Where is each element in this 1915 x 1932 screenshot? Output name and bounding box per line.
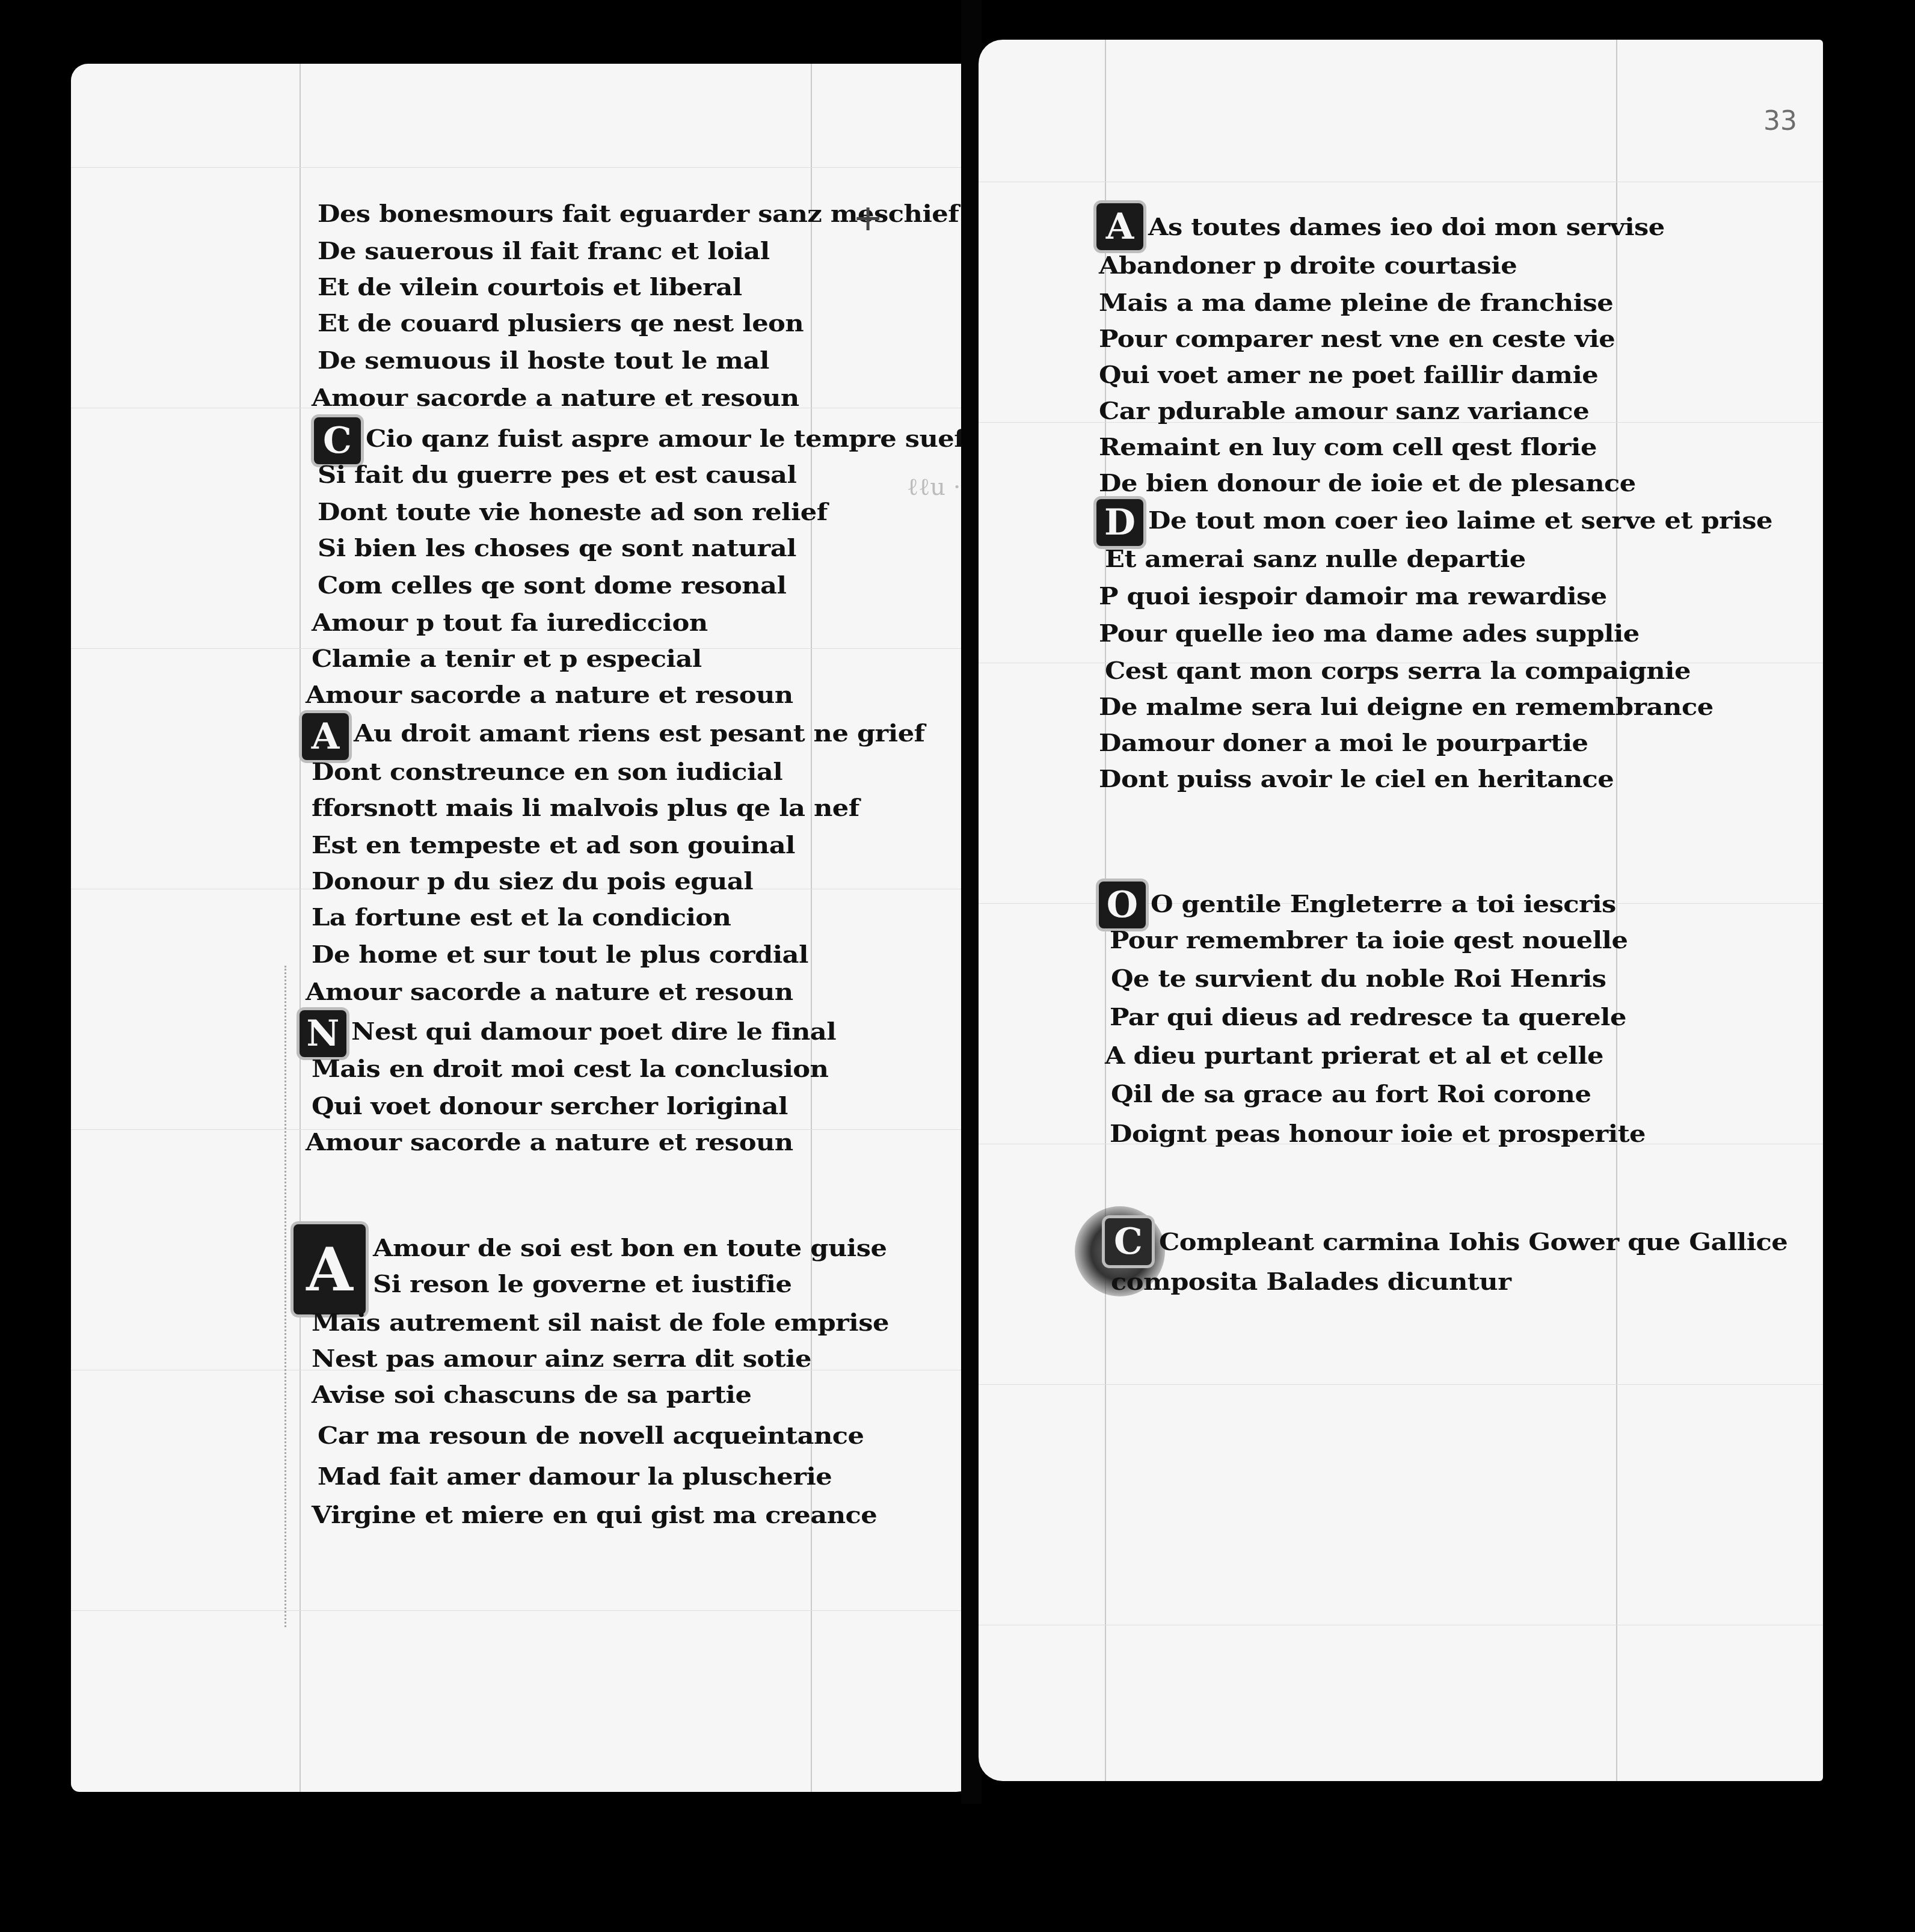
verse-line: De semuous il hoste tout le mal	[318, 349, 769, 373]
folio-number: 33	[1763, 106, 1797, 136]
verse-line: Car pdurable amour sanz variance	[1099, 399, 1589, 423]
verse-line: Mad fait amer damour la pluscherie	[318, 1465, 832, 1489]
verse-line: De tout mon coer ieo laime et serve et p…	[1148, 509, 1772, 533]
verse-line: Remaint en luy com cell qest florie	[1099, 435, 1597, 459]
ruling-line	[979, 182, 1823, 182]
verse-line: Si reson le governe et iustifie	[373, 1272, 792, 1296]
verse-line: As toutes dames ieo doi mon servise	[1148, 215, 1665, 239]
decorated-initial: D	[1096, 499, 1143, 546]
verse-refrain: Amour sacorde a nature et resoun	[306, 980, 793, 1004]
decorated-initial-large: A	[294, 1224, 366, 1314]
verse-line: Et amerai sanz nulle departie	[1105, 547, 1526, 571]
verse-line: Dont toute vie honeste ad son relief	[318, 500, 828, 524]
decorated-initial: N	[300, 1010, 346, 1057]
verse-line: Doignt peas honour ioie et prosperite	[1110, 1122, 1646, 1146]
verse-refrain: Amour sacorde a nature et resoun	[312, 386, 799, 410]
verse-line: Si bien les choses qe sont natural	[318, 536, 796, 560]
ruling-line	[71, 1610, 980, 1611]
verse-line: Donour p du siez du pois egual	[312, 869, 753, 894]
decorated-initial: A	[302, 713, 349, 760]
verse-line: Cio qanz fuist aspre amour le tempre sue…	[366, 427, 965, 451]
verse-refrain: Amour sacorde a nature et resoun	[306, 683, 793, 707]
verse-line: De home et sur tout le plus cordial	[312, 943, 808, 967]
verse-line: Et de couard plusiers qe nest leon	[318, 311, 804, 336]
verse-line: Mais autrement sil naist de fole emprise	[312, 1311, 889, 1335]
verse-line: Et de vilein courtois et liberal	[318, 275, 742, 299]
verse-line: Nest pas amour ainz serra dit sotie	[312, 1347, 811, 1371]
verse-line: Virgine et miere en qui gist ma creance	[312, 1503, 877, 1527]
ruling-line	[979, 1625, 1823, 1625]
verse-line: Qui voet donour sercher loriginal	[312, 1094, 788, 1118]
decorated-initial: C	[314, 417, 361, 464]
decorated-initial: C	[1105, 1218, 1152, 1265]
verse-line: Qui voet amer ne poet faillir damie	[1099, 363, 1598, 387]
verse-line: Qe te survient du noble Roi Henris	[1111, 967, 1606, 991]
verse-line: Qil de sa grace au fort Roi corone	[1111, 1082, 1591, 1106]
verse-line: Clamie a tenir et p especial	[312, 647, 702, 671]
ruling-line	[71, 167, 980, 168]
verse-line: fforsnott mais li malvois plus qe la nef	[312, 796, 859, 820]
verse-line: Mais en droit moi cest la conclusion	[312, 1057, 828, 1081]
verse-line: Amour de soi est bon en toute guise	[373, 1236, 887, 1260]
verse-line: Est en tempeste et ad son gouinal	[312, 833, 795, 857]
verse-line: La fortune est et la condicion	[312, 906, 731, 930]
verse-line: Pour quelle ieo ma dame ades supplie	[1099, 622, 1640, 646]
verse-line: Pour remembrer ta ioie qest nouelle	[1110, 928, 1628, 952]
decorated-initial: O	[1099, 882, 1146, 928]
verse-line: Cest qant mon corps serra la compaignie	[1105, 659, 1691, 683]
left-page: ℓℓu · Des bonesmours fait eguarder sanz …	[71, 64, 980, 1792]
verse-refrain: Amour sacorde a nature et resoun	[306, 1130, 793, 1155]
colophon-line: composita Balades dicuntur	[1111, 1270, 1511, 1294]
verse-line: Damour doner a moi le pourpartie	[1099, 731, 1588, 755]
right-margin-ruling	[811, 64, 812, 1792]
verse-line: Avise soi chascuns de sa partie	[312, 1383, 751, 1407]
verse-line: De sauerous il fait franc et loial	[318, 239, 770, 263]
verse-line: Dont constreunce en son iudicial	[312, 760, 782, 784]
verse-line: Pour comparer nest vne en ceste vie	[1099, 327, 1615, 351]
verse-line: Com celles qe sont dome resonal	[318, 574, 786, 598]
left-margin-ruling	[300, 64, 301, 1792]
verse-line: P quoi iespoir damoir ma rewardise	[1099, 584, 1607, 609]
right-margin-ruling	[1616, 40, 1617, 1781]
verse-line: De bien donour de ioie et de plesance	[1099, 471, 1636, 495]
verse-line: Si fait du guerre pes et est causal	[318, 463, 796, 487]
decorated-initial: A	[1096, 203, 1143, 250]
verse-line: Car ma resoun de novell acqueintance	[318, 1424, 864, 1448]
verse-line: Au droit amant riens est pesant ne grief	[354, 722, 925, 746]
show-through-text: ℓℓu ·	[907, 473, 961, 501]
pen-flourish	[284, 966, 286, 1627]
verse-line: De malme sera lui deigne en remembrance	[1099, 695, 1714, 719]
cross-mark-icon: +	[853, 197, 883, 239]
verse-line: Amour p tout fa iurediccion	[312, 611, 708, 635]
ruling-line	[979, 1384, 1823, 1385]
verse-line: Nest qui damour poet dire le final	[351, 1020, 836, 1044]
verse-line: Dont puiss avoir le ciel en heritance	[1099, 767, 1614, 791]
right-page: 33 A As toutes dames ieo doi mon servise…	[979, 40, 1823, 1781]
colophon-line: Compleant carmina Iohis Gower que Gallic…	[1159, 1230, 1787, 1254]
verse-line: Mais a ma dame pleine de franchise	[1099, 291, 1613, 315]
verse-line: Abandoner p droite courtasie	[1099, 254, 1517, 278]
verse-line: A dieu purtant prierat et al et celle	[1105, 1044, 1603, 1068]
verse-line: O gentile Engleterre a toi iescris	[1151, 892, 1616, 916]
verse-line: Par qui dieus ad redresce ta querele	[1110, 1005, 1626, 1029]
